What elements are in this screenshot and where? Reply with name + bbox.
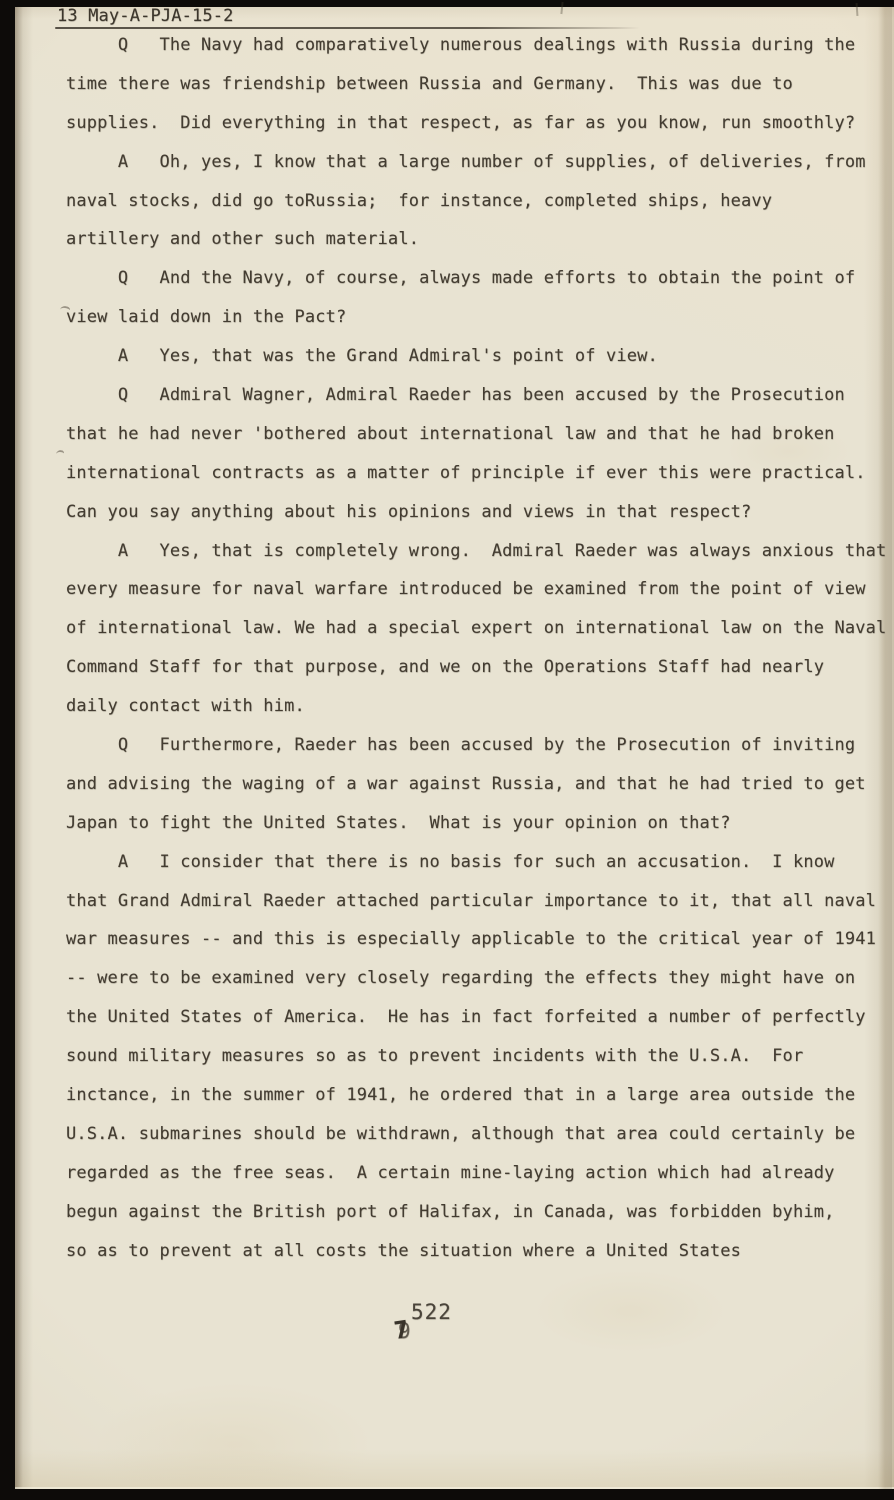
- text-line: sound military measures so as to prevent…: [66, 1037, 878, 1076]
- text-line: of international law. We had a special e…: [66, 609, 878, 648]
- margin-pencil-mark: [55, 449, 64, 458]
- text-line: international contracts as a matter of p…: [66, 454, 878, 493]
- text-line: regarded as the free seas. A certain min…: [66, 1154, 878, 1193]
- text-line: Japan to fight the United States. What i…: [66, 804, 878, 843]
- text-line: Q Admiral Wagner, Admiral Raeder has bee…: [66, 376, 878, 415]
- paper-right-edge-shading: [878, 7, 892, 1489]
- document-header: 13 May-A-PJA-15-2: [57, 6, 234, 26]
- text-line: inctance, in the summer of 1941, he orde…: [66, 1076, 878, 1115]
- paper-crease-mark: [856, 3, 859, 16]
- text-line: naval stocks, did go toRussia; for insta…: [66, 182, 878, 221]
- page-number-rest: 522: [411, 1300, 452, 1324]
- page-number: 97522: [397, 1300, 452, 1324]
- text-line: the United States of America. He has in …: [66, 998, 878, 1037]
- text-line: begun against the British port of Halifa…: [66, 1193, 878, 1232]
- scanned-document-screenshot: { "page": { "header": "13 May-A-PJA-15-2…: [0, 0, 894, 1500]
- text-line: that he had never 'bothered about intern…: [66, 415, 878, 454]
- text-line: war measures -- and this is especially a…: [66, 920, 878, 959]
- text-line: Can you say anything about his opinions …: [66, 493, 878, 532]
- text-line: and advising the waging of a war against…: [66, 765, 878, 804]
- text-line: A Oh, yes, I know that a large number of…: [66, 143, 878, 182]
- text-line: Q Furthermore, Raeder has been accused b…: [66, 726, 878, 765]
- text-line: that Grand Admiral Raeder attached parti…: [66, 882, 878, 921]
- text-line: supplies. Did everything in that respect…: [66, 104, 878, 143]
- text-line: -- were to be examined very closely rega…: [66, 959, 878, 998]
- text-line: daily contact with him.: [66, 687, 878, 726]
- text-line: artillery and other such material.: [66, 220, 878, 259]
- text-line: every measure for naval warfare introduc…: [66, 570, 878, 609]
- text-line: view laid down in the Pact?: [66, 298, 878, 337]
- text-line: so as to prevent at all costs the situat…: [66, 1232, 878, 1271]
- text-line: Q The Navy had comparatively numerous de…: [66, 26, 878, 65]
- text-line: U.S.A. submarines should be withdrawn, a…: [66, 1115, 878, 1154]
- text-line: A Yes, that is completely wrong. Admiral…: [66, 532, 878, 571]
- text-line: Command Staff for that purpose, and we o…: [66, 648, 878, 687]
- text-line: A I consider that there is no basis for …: [66, 843, 878, 882]
- transcript-body: Q The Navy had comparatively numerous de…: [66, 26, 878, 1271]
- text-line: Q And the Navy, of course, always made e…: [66, 259, 878, 298]
- text-line: A Yes, that was the Grand Admiral's poin…: [66, 337, 878, 376]
- text-line: time there was friendship between Russia…: [66, 65, 878, 104]
